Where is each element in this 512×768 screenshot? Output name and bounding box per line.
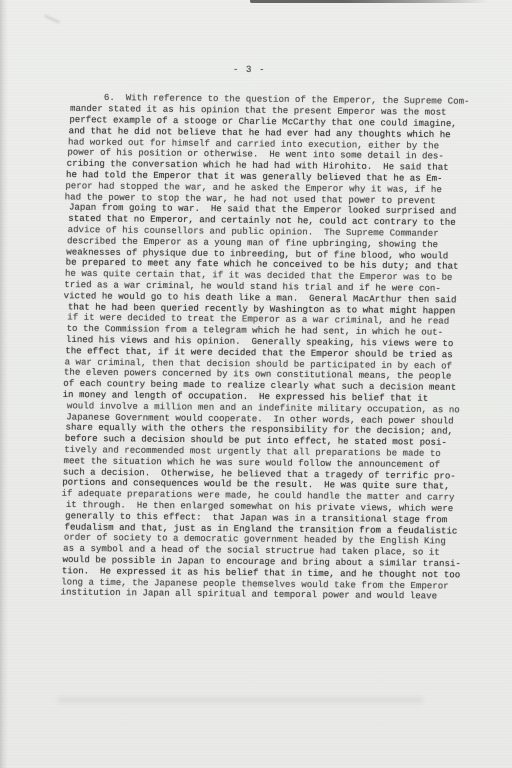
page-number: - 3 - xyxy=(0,61,498,77)
page-content: - 3 - 6. With reference to the question … xyxy=(0,0,512,768)
scanned-document-page: - 3 - 6. With reference to the question … xyxy=(0,0,512,768)
document-body-text: 6. With reference to the question of the… xyxy=(63,92,482,602)
